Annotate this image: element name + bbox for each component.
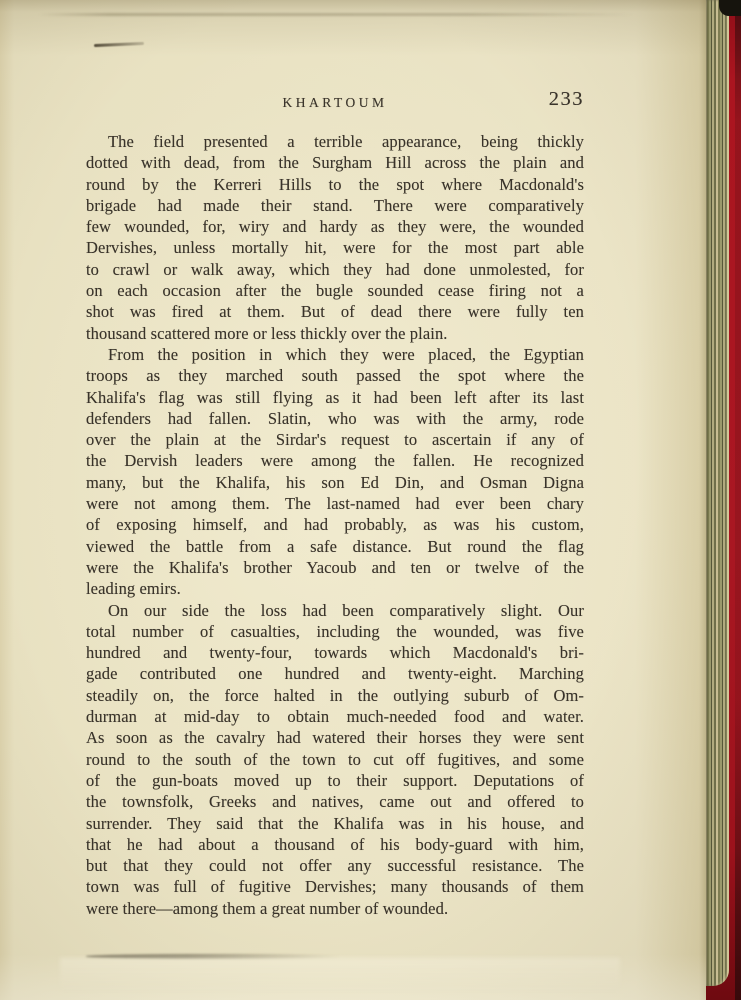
text-line: many, but the Khalifa, his son Ed Din, a… [86,472,584,493]
text-line: total number of casualties, including th… [86,621,584,642]
page-number: 233 [549,88,584,111]
text-line: Khalifa's flag was still flying as it ha… [86,387,584,408]
printed-content: KHARTOUM 233 The field presented a terri… [86,91,584,919]
scan-crease-line [38,13,634,16]
page-header: KHARTOUM 233 [86,91,584,113]
running-head-title: KHARTOUM [86,91,584,111]
text-line: thousand scattered more or less thickly … [86,323,584,344]
text-line: shot was fired at them. But of dead ther… [86,301,584,322]
text-line: were the Khalifa's brother Yacoub and te… [86,557,584,578]
text-line: surrender. They said that the Khalifa wa… [86,813,584,834]
text-line: brigade had made their stand. There were… [86,195,584,216]
text-line: were there—among them a great number of … [86,898,584,919]
text-line: leading emirs. [86,578,584,599]
page-top-shadow [0,0,706,56]
text-line: of the gun-boats moved up to their suppo… [86,770,584,791]
text-line: that he had about a thousand of his body… [86,834,584,855]
text-line: on each occasion after the bugle sounded… [86,280,584,301]
text-line: the Dervish leaders were among the falle… [86,450,584,471]
text-line: round to the south of the town to cut of… [86,749,584,770]
paragraph: The field presented a terrible appearanc… [86,131,584,344]
text-line: durman at mid-day to obtain much-needed … [86,706,584,727]
text-line: gade contributed one hundred and twenty-… [86,663,584,684]
text-line: On our side the loss had been comparativ… [86,600,584,621]
text-line: town was full of fugitive Dervishes; man… [86,876,584,897]
book-scan: KHARTOUM 233 The field presented a terri… [0,0,741,1000]
cover-edge-shadow [735,0,741,1000]
text-line: From the position in which they were pla… [86,344,584,365]
text-line: steadily on, the force halted in the out… [86,685,584,706]
text-line: few wounded, for, wiry and hardy as they… [86,216,584,237]
text-line: were not among them. The last-named had … [86,493,584,514]
page-body: The field presented a terrible appearanc… [86,131,584,919]
text-line: troops as they marched south passed the … [86,365,584,386]
text-line: but that they could not offer any succes… [86,855,584,876]
text-line: dotted with dead, from the Surgham Hill … [86,152,584,173]
cover-corner-shadow [719,0,741,16]
text-line: defenders had fallen. Slatin, who was wi… [86,408,584,429]
text-line: Dervishes, unless mortally hit, were for… [86,237,584,258]
text-line: of exposing himself, and had probably, a… [86,514,584,535]
page-curl-highlight [60,958,620,992]
text-line: hundred and twenty-four, towards which M… [86,642,584,663]
book-page: KHARTOUM 233 The field presented a terri… [0,0,706,1000]
text-line: over the plain at the Sirdar's request t… [86,429,584,450]
text-line: viewed the battle from a safe distance. … [86,536,584,557]
text-line: The field presented a terrible appearanc… [86,131,584,152]
text-line: the townsfolk, Greeks and natives, came … [86,791,584,812]
paragraph: From the position in which they were pla… [86,344,584,600]
paragraph: On our side the loss had been comparativ… [86,600,584,919]
text-line: to crawl or walk away, which they had do… [86,259,584,280]
fore-edge-page-stack [705,0,729,986]
text-line: round by the Kerreri Hills to the spot w… [86,174,584,195]
text-line: As soon as the cavalry had watered their… [86,727,584,748]
